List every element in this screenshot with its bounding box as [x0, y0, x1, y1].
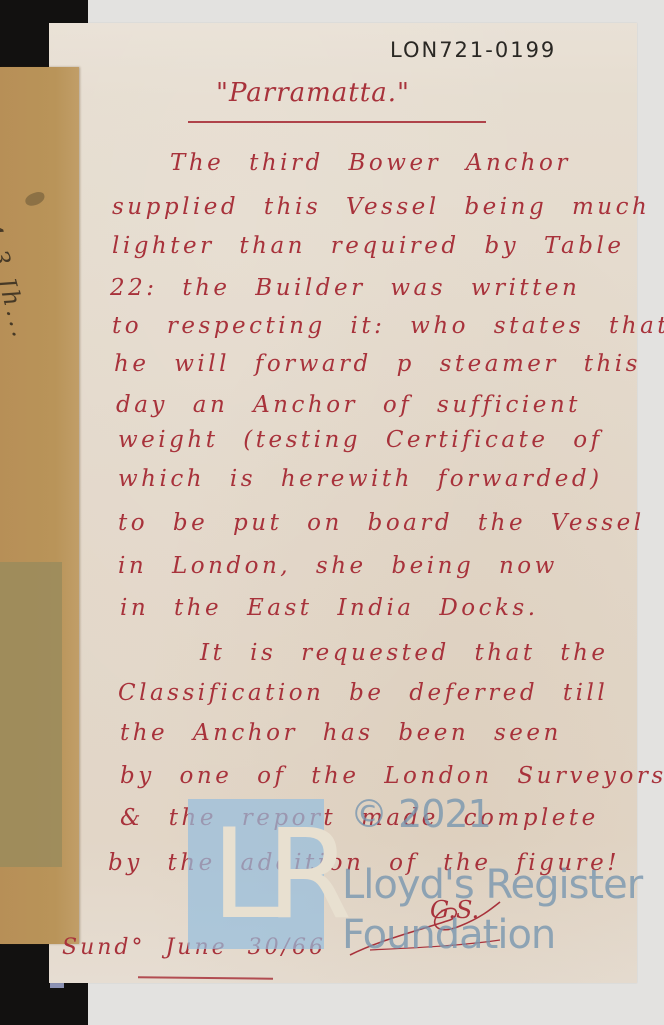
letter-line-8: weight (testing Certificate of: [118, 427, 603, 453]
letter-line-12: in the East India Docks.: [120, 595, 539, 621]
letter-line-6: he will forward p steamer this: [114, 351, 641, 377]
letter-line-9: which is herewith forwarded): [118, 466, 603, 492]
watermark-org-line1: Lloyd's Register: [342, 862, 642, 908]
letter-line-7: day an Anchor of sufficient: [116, 392, 581, 418]
paper-hole: [24, 190, 47, 208]
letter-line-4: 22: the Builder was written: [110, 275, 580, 301]
letter-line-1: The third Bower Anchor: [170, 150, 571, 176]
letter-title: "Parramatta.": [216, 78, 410, 108]
watermark-org-line2: Foundation: [342, 912, 555, 958]
attached-tan-sheet: [0, 67, 79, 944]
watermark-copyright: © 2021: [350, 792, 491, 836]
faded-panel: [0, 562, 62, 867]
letter-line-11: in London, she being now: [118, 553, 558, 579]
letter-line-5: to respecting it: who states that: [112, 313, 664, 339]
letter-line-14: Classification be deferred till: [118, 680, 608, 706]
title-underline: [188, 121, 486, 123]
letter-line-16: by one of the London Surveyors: [120, 763, 664, 789]
letter-line-10: to be put on board the Vessel: [118, 510, 645, 536]
letter-line-2: supplied this Vessel being much: [112, 194, 650, 220]
letter-line-3: lighter than required by Table: [112, 233, 624, 259]
lr-logo-letters: LR: [211, 810, 338, 940]
letter-line-13: It is requested that the: [200, 640, 609, 666]
reference-number: LON721-0199: [390, 38, 556, 62]
letter-line-15: the Anchor has been seen: [120, 720, 562, 746]
